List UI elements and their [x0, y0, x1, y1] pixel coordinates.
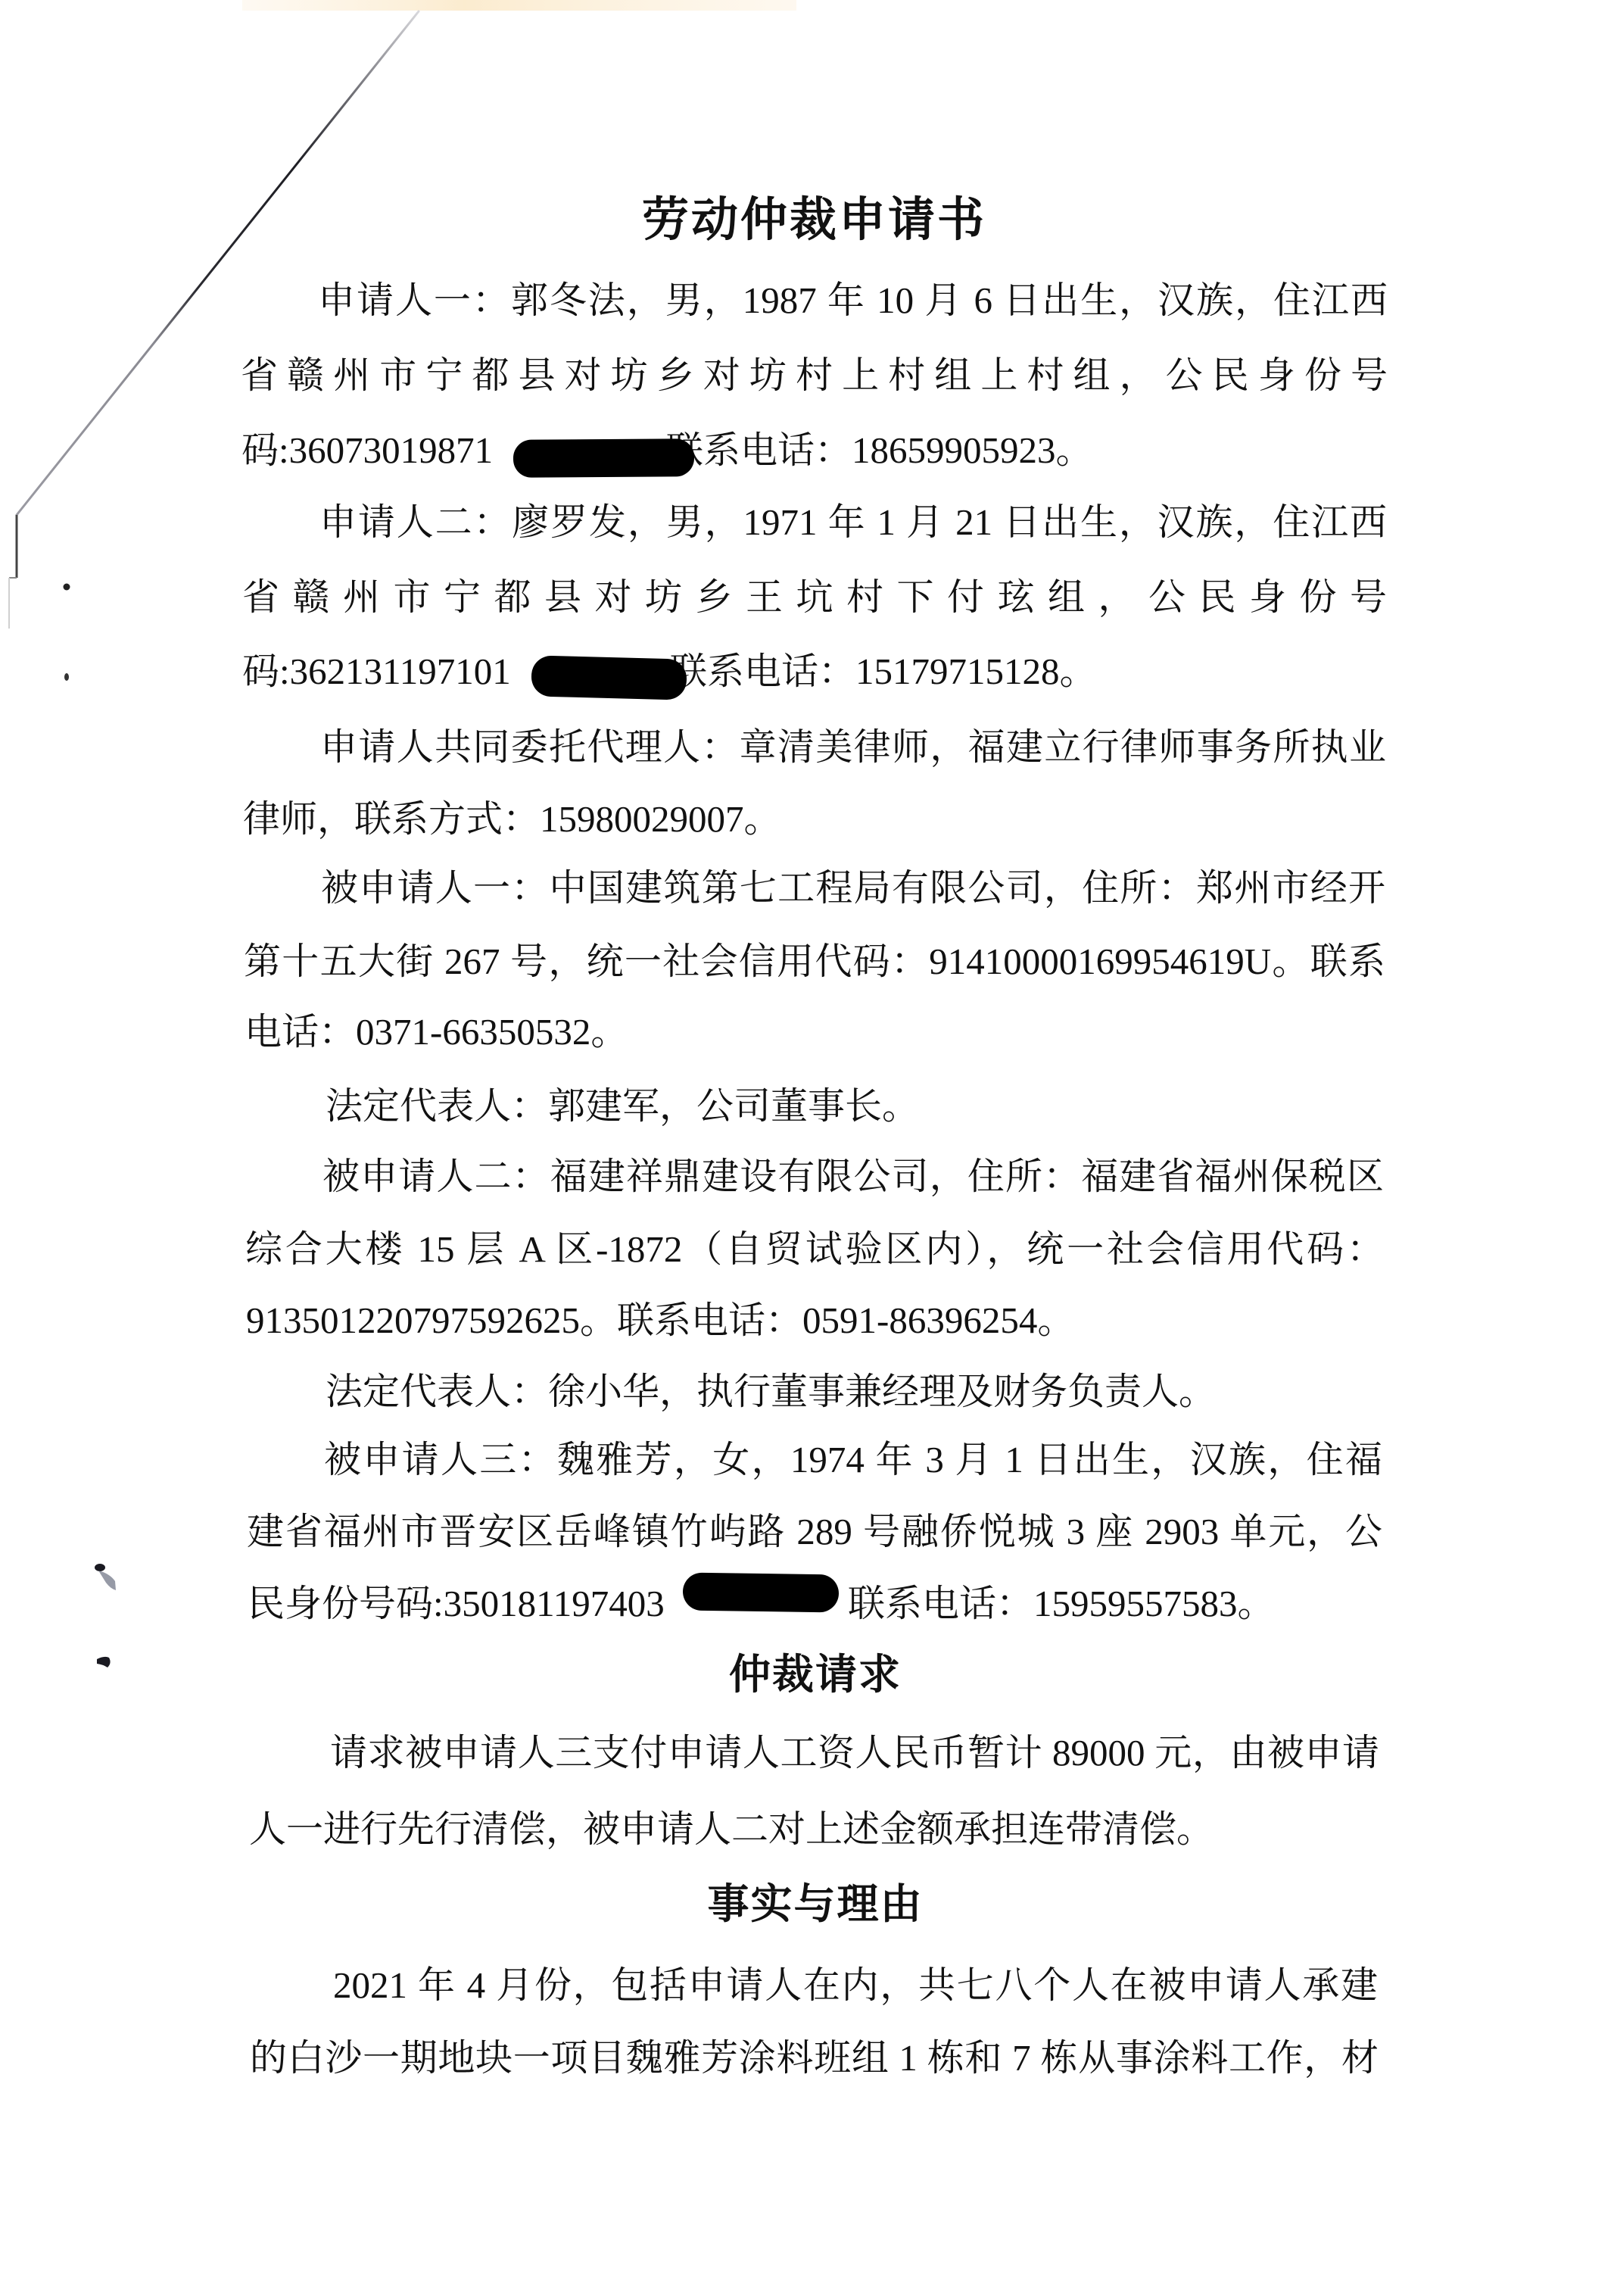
claims-line-2: 人一进行先行清偿，被申请人二对上述金额承担连带清偿。: [249, 1807, 1214, 1852]
respondent-1-legal-rep: 法定代表人：郭建军，公司董事长。: [326, 1084, 919, 1129]
scan-artifacts: [0, 0, 1617, 2296]
binder-hole-mark: [97, 1657, 111, 1667]
scanned-document-page: 劳动仲裁申请书 申请人一：郭冬法，男，1987 年 10 月 6 日出生，汉族，…: [0, 0, 1617, 2296]
redaction-mark: [513, 438, 694, 478]
applicant-2-phone: 联系电话：15179715128。: [670, 649, 1097, 694]
respondent-2-line-1: 被申请人二：福建祥鼎建设有限公司，住所：福建省福州保税区: [322, 1154, 1384, 1199]
facts-line-1: 2021 年 4 月份，包括申请人在内，共七八个人在被申请人承建: [333, 1963, 1378, 2008]
respondent-3-line-1: 被申请人三：魏雅芳，女，1974 年 3 月 1 日出生，汉族，住福: [324, 1437, 1382, 1483]
agent-line-1: 申请人共同委托代理人：章清美律师，福建立行律师事务所执业: [320, 725, 1386, 770]
redaction-mark: [683, 1573, 840, 1613]
applicant-1-line-1: 申请人一：郭冬法，男，1987 年 10 月 6 日出生，汉族，住江西: [318, 278, 1388, 323]
respondent-3-id-prefix: 民身份号码:350181197403: [248, 1581, 665, 1627]
respondent-1-line-1: 被申请人一：中国建筑第七工程局有限公司，住所：郑州市经开: [321, 866, 1385, 911]
respondent-3-line-2: 建省福州市晋安区岳峰镇竹屿路 289 号融侨悦城 3 座 2903 单元，公: [247, 1509, 1382, 1555]
applicant-1-id-prefix: 码:36073019871: [241, 428, 493, 473]
respondent-2-line-2: 综合大楼 15 层 A 区-1872（自贸试验区内），统一社会信用代码：: [245, 1227, 1384, 1272]
applicant-2-id-prefix: 码:362131197101: [242, 649, 511, 694]
scan-dot: [64, 584, 70, 591]
applicant-2-line-2: 省赣州市宁都县对坊乡王坑村下付玹组，公民身份号: [242, 575, 1387, 620]
respondent-2-legal-rep: 法定代表人：徐小华，执行董事兼经理及财务负责人。: [326, 1369, 1216, 1415]
claims-heading: 仲裁请求: [244, 1651, 1387, 1699]
applicant-1-phone: 联系电话：18659905923。: [666, 428, 1093, 473]
redaction-mark: [531, 655, 687, 700]
scan-dot: [64, 673, 69, 681]
top-edge-tint: [242, 0, 796, 11]
applicant-2-line-1: 申请人二：廖罗发，男，1971 年 1 月 21 日出生，汉族，住江西: [319, 500, 1387, 545]
facts-line-2: 的白沙一期地块一项目魏雅芳涂料班组 1 栋和 7 栋从事涂料工作，材: [250, 2036, 1379, 2081]
document-title: 劳动仲裁申请书: [241, 193, 1388, 248]
respondent-3-phone: 联系电话：15959557583。: [848, 1581, 1275, 1627]
applicant-1-line-2: 省赣州市宁都县对坊乡对坊村上村组上村组，公民身份号: [241, 353, 1388, 398]
claims-line-1: 请求被申请人三支付申请人工资人民币暂计 89000 元，由被申请: [330, 1730, 1379, 1776]
binder-hole-mark: [95, 1564, 116, 1590]
respondent-2-line-3: 913501220797592625。联系电话：0591-86396254。: [246, 1298, 1074, 1343]
respondent-1-line-2: 第十五大街 267 号，统一社会信用代码：91410000169954619U。…: [244, 939, 1385, 984]
respondent-1-line-3: 电话：0371-66350532。: [245, 1009, 628, 1055]
agent-line-2: 律师，联系方式：15980029007。: [243, 797, 781, 842]
facts-heading: 事实与理由: [244, 1880, 1387, 1929]
